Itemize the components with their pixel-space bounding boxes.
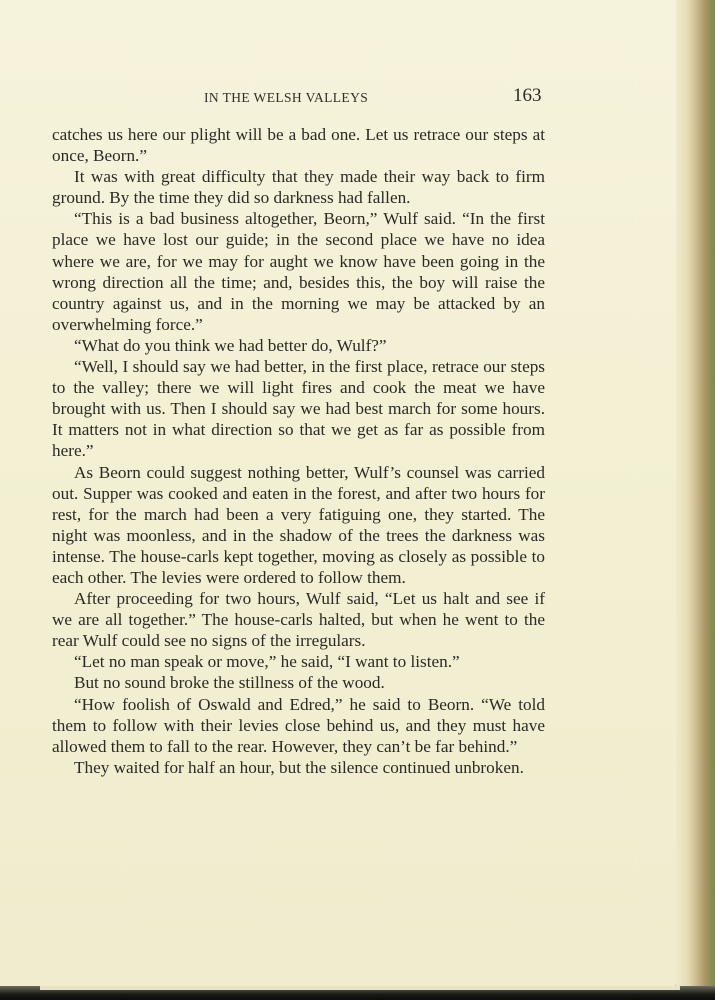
- body-text: catches us here our plight will be a bad…: [52, 124, 545, 778]
- paragraph: “This is a bad business altogether, Beor…: [52, 208, 545, 335]
- paragraph: They waited for half an hour, but the si…: [52, 757, 545, 778]
- paragraph: “What do you think we had better do, Wul…: [52, 335, 545, 356]
- paragraph: It was with great difficulty that they m…: [52, 166, 545, 208]
- paragraph: After proceeding for two hours, Wulf sai…: [52, 588, 545, 651]
- paragraph: catches us here our plight will be a bad…: [52, 124, 545, 166]
- running-head: IN THE WELSH VALLEYS: [204, 90, 368, 106]
- paragraph: “Let no man speak or move,” he said, “I …: [52, 651, 545, 672]
- paragraph: As Beorn could suggest nothing better, W…: [52, 462, 545, 589]
- page-number: 163: [513, 85, 542, 107]
- paragraph: But no sound broke the stillness of the …: [52, 672, 545, 693]
- lower-page-edge: [40, 986, 680, 990]
- bottom-shadow: [0, 986, 715, 1000]
- book-page: IN THE WELSH VALLEYS 163 catches us here…: [0, 0, 677, 989]
- book-fore-edge: [676, 0, 715, 1000]
- paragraph: “How foolish of Oswald and Edred,” he sa…: [52, 694, 545, 757]
- paragraph: “Well, I should say we had better, in th…: [52, 356, 545, 461]
